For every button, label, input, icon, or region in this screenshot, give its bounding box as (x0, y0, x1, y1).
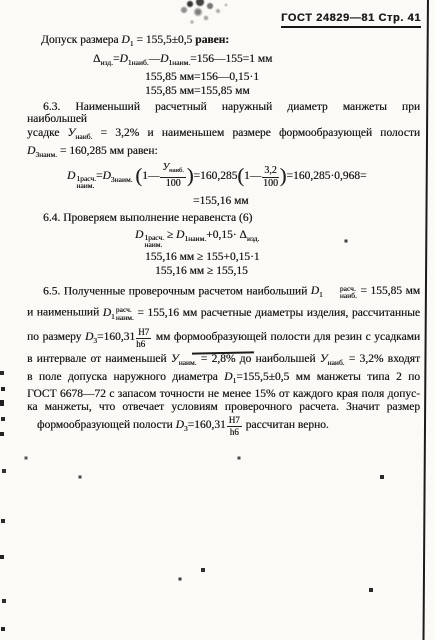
subscript: 1наиб. (128, 58, 149, 67)
var-D: D (119, 53, 127, 65)
paragraph-6-5-line: ГОСТ 6678—72 с запасом точности не менее… (27, 388, 420, 400)
text-run: = 155,16 мм расчетные диаметры изделия, … (134, 307, 420, 319)
var-delta: Δ (239, 229, 246, 241)
inequality-formula-line: D1расч.наим. ≥ D1наим.+0,15· Δизд. (135, 226, 420, 249)
subscript: 1наим. (184, 234, 206, 243)
operand: =160,285 (194, 170, 238, 182)
doc-number-header: ГОСТ 24829—81 Стр. 41 (281, 12, 421, 28)
formula-inline: D1расч.наим. = 155,16 мм расчетные диаме… (103, 307, 420, 319)
text-run: = 155,85 мм (357, 285, 420, 297)
operand: 1— (142, 170, 159, 182)
text-run: и наименьший (27, 307, 99, 319)
subscript: 1наим. (168, 58, 190, 67)
var-D: D (67, 170, 75, 182)
fraction-denominator: 100 (160, 178, 186, 189)
text-run: 6.5. Полученные проверочным расчетом наи… (43, 285, 307, 297)
stacked-subscript: расч.наиб. (324, 285, 357, 300)
subscript: 3наим. (35, 150, 57, 159)
operator: ≥ (167, 229, 173, 241)
stacked-subscript: расч.наим. (116, 306, 134, 321)
paragraph-6-3-line: усадке Унаиб. = 3,2% и наименьшем размер… (27, 127, 420, 143)
operator: — (149, 53, 161, 65)
main-formula-line: D1расч.наим.=D3наим. (1—Унаиб.100)=160,2… (67, 163, 420, 193)
fraction: 3,2100 (262, 166, 279, 189)
scanned-document-page: ГОСТ 24829—81 Стр. 41 Допуск размера D1 … (0, 0, 435, 640)
fit-fraction: H7h6 (227, 416, 242, 437)
paragraph-6-5-line: по размеру D3=160,31H7h6 мм формообразую… (27, 328, 420, 349)
formula-result-line: =155,16 мм (193, 195, 420, 207)
paragraph-6-5-line: в интервале от наименьшей Унаим. = 2,8% … (27, 353, 420, 369)
ink-stain (148, 0, 244, 28)
subscript: изд. (100, 58, 113, 67)
delta-formula-line: Δизд.=D1наиб.—D1наим.=156—155=1 мм (93, 53, 420, 69)
var-D: D (102, 170, 110, 182)
text-run: = 3,2% и наименьшем размере формообразую… (92, 127, 420, 139)
fit-fraction: H7h6 (136, 328, 151, 349)
paragraph-6-3-line: D3наим. = 160,285 мм равен: (27, 145, 420, 161)
formula-inline: Унаиб. = 3,2% и наименьшем размере формо… (68, 127, 420, 139)
paragraph-6-5-line: ка манжеты, что отвечает условиям провер… (27, 401, 420, 413)
check-line: 155,16 мм ≥ 155+0,15·1 (145, 251, 420, 263)
stacked-subscript: 1расч.наим. (76, 175, 96, 190)
right-paren: ) (187, 165, 194, 187)
text-run: равен: (195, 34, 229, 46)
operand: =160,285·0,968= (286, 170, 366, 182)
subscript: 3наим. (111, 175, 133, 184)
paragraph-6-5-line: в поле допуска наружного диаметра D1=155… (27, 371, 420, 387)
check-line: 155,85 мм=156—0,15·1 (145, 71, 420, 83)
subscript: наиб. (75, 132, 92, 141)
fraction-denominator: 100 (262, 178, 279, 189)
fraction-numerator: Унаиб. (160, 163, 186, 178)
var-D: D (121, 34, 129, 46)
formula-inline: D1расч.наиб. = 155,85 мм (311, 285, 420, 297)
document-body: Допуск размера D1 = 155,5±0,5 равен: Δиз… (0, 34, 435, 439)
text-run: = 155,5±0,5 (133, 34, 195, 46)
var-D: D (135, 229, 143, 241)
formula-inline: D3=160,31H7h6 (176, 419, 243, 431)
check-line: 155,85 мм=155,85 мм (145, 85, 420, 97)
text-run: мм формообразующей полости для резин с у… (156, 331, 420, 343)
operand: 1— (244, 170, 261, 182)
fraction-numerator: 3,2 (262, 166, 279, 178)
formula-inline: D1=155,5±0,5 мм манжеты типа 2 по (224, 371, 420, 383)
paragraph-6-4-heading: 6.4. Проверяем выполнение неравенста (6) (27, 212, 420, 224)
paragraph-6-5-line: и наименьший D1расч.наим. = 155,16 мм ра… (27, 306, 420, 323)
text-run: рассчитан верно. (246, 419, 329, 431)
formula-inline: D3=160,31H7h6 (85, 331, 152, 343)
stacked-subscript: 1расч.наим. (144, 234, 164, 249)
paragraph-6-5-line: формообразующей полости D3=160,31H7h6 ра… (37, 416, 420, 437)
text-run: в поле допуска наружного диаметра (27, 371, 218, 383)
text-run: Допуск размера (41, 34, 119, 46)
allowance-intro-line: Допуск размера D1 = 155,5±0,5 равен: (41, 34, 420, 50)
paragraph-6-3-line: 6.3. Наименьший расчетный наружный диаме… (27, 101, 420, 125)
text-run: =156—155=1 мм (190, 53, 272, 65)
page-header: ГОСТ 24829—81 Стр. 41 (281, 8, 421, 26)
operand: +0,15· (206, 229, 236, 241)
text-run: = 160,285 мм равен: (57, 145, 158, 157)
text-run: усадке (27, 127, 59, 139)
subscript: изд. (247, 234, 260, 243)
text-run: в интервале от наименьшей (27, 353, 167, 365)
fraction: Унаиб.100 (160, 163, 186, 189)
text-run: по размеру (27, 331, 81, 343)
formula-inline: Унаиб. = 3,2% входят (320, 353, 420, 365)
scan-specks (0, 0, 2, 2)
check-line: 155,16 мм ≥ 155,15 (155, 265, 420, 277)
text-run: формообразующей полости (37, 419, 173, 431)
paragraph-6-5-line: 6.5. Полученные проверочным расчетом наи… (27, 285, 420, 302)
